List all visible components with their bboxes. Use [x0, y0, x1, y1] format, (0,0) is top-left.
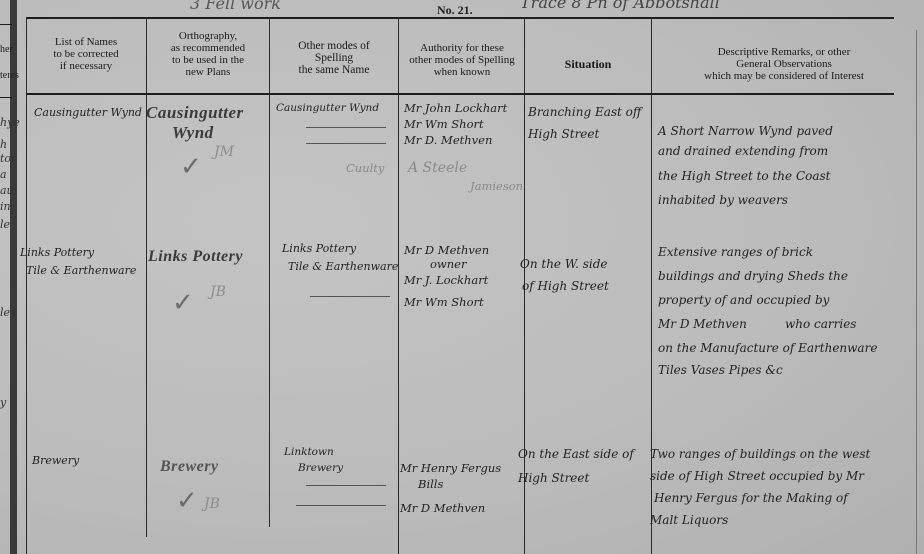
remarks-line-3: Henry Fergus for the Making of	[654, 490, 848, 507]
situation-line-1: On the W. side	[520, 256, 608, 273]
column-rule	[916, 30, 917, 554]
margin-fragment: h	[0, 138, 7, 151]
remarks-line-1: Extensive ranges of brick	[658, 244, 813, 261]
orthography-line-2: Wynd	[172, 124, 214, 141]
margin-fragment: au	[0, 184, 14, 197]
other-mode-line: Causingutter Wynd	[276, 100, 379, 117]
check-initials: JB	[204, 496, 220, 512]
faint-annotation: Cuulty	[346, 160, 384, 177]
remarks-line-2: side of High Street occupied by Mr	[650, 468, 864, 485]
ditto-dash	[306, 127, 386, 128]
remarks-line-6: Tiles Vases Pipes &c	[658, 362, 783, 379]
other-mode-line-1: Linktown	[284, 444, 334, 461]
left-margin-header-fragment-2: teres	[0, 70, 19, 81]
page-number: No. 21.	[437, 3, 473, 18]
name-cell: Brewery	[32, 452, 79, 469]
situation-line-2: High Street	[528, 126, 599, 143]
remarks-line-4: Mr D Methven who carries	[658, 316, 856, 333]
left-margin-rule-2	[0, 97, 12, 98]
remarks-line-4: inhabited by weavers	[658, 192, 788, 209]
check-initials: JB	[210, 284, 226, 300]
remarks-line-3: property of and occupied by	[658, 292, 829, 309]
authority-line-2: owner	[430, 256, 466, 273]
other-mode-line-2: Brewery	[298, 460, 343, 477]
name-line-1: Links Pottery	[20, 244, 94, 261]
authority-line-4: Mr Wm Short	[404, 294, 484, 311]
col-header-situation: Situation	[527, 58, 649, 70]
margin-fragment: le	[0, 218, 10, 231]
faint-annotation: A Steele	[408, 160, 467, 177]
col-header-names: List of Names to be corrected if necessa…	[30, 36, 142, 72]
remarks-line-2: and drained extending from	[658, 143, 828, 160]
remarks-line-4: Malt Liquors	[650, 512, 728, 529]
header-top-rule	[26, 17, 894, 19]
checkmark-icon: ✓	[172, 288, 194, 318]
margin-fragment: a	[0, 168, 7, 181]
authority-line-3: Mr D Methven	[400, 500, 485, 517]
orthography-line-1: Brewery	[160, 458, 219, 475]
orthography-line-1: Links Pottery	[148, 248, 243, 265]
other-mode-line-1: Links Pottery	[282, 240, 356, 257]
orthography-line-1: Causingutter	[146, 104, 244, 121]
col-header-authority: Authority for these other modes of Spell…	[400, 42, 524, 78]
name-cell: Causingutter Wynd	[34, 104, 142, 121]
remarks-line-1: A Short Narrow Wynd paved	[658, 120, 833, 143]
top-left-script: 3 Fell work	[190, 0, 281, 13]
authority-line-1: Mr John Lockhart	[404, 100, 507, 117]
ditto-dash	[306, 485, 386, 486]
checkmark-icon: ✓	[180, 152, 202, 182]
situation-line-2: of High Street	[522, 278, 609, 295]
top-right-script: Trace 8 Pn of Abbotshall	[520, 0, 720, 12]
remarks-line-3: the High Street to the Coast	[658, 168, 830, 185]
ditto-dash	[306, 143, 386, 144]
column-rule	[26, 17, 27, 554]
name-line-2: Tile & Earthenware	[26, 262, 136, 279]
authority-line-2: Mr Wm Short	[404, 116, 484, 133]
remarks-line-2: buildings and drying Sheds the	[658, 268, 848, 285]
faint-annotation: Jamieson	[470, 178, 523, 195]
authority-line-3: Mr D. Methven	[404, 132, 492, 149]
left-margin-header-fragment-1: her	[0, 44, 13, 55]
situation-line-1: Branching East off	[528, 104, 641, 121]
col-header-remarks: Descriptive Remarks, or other General Ob…	[655, 46, 913, 82]
authority-line-3: Mr J. Lockhart	[404, 272, 488, 289]
margin-fragment: in	[0, 200, 11, 213]
col-header-other-modes: Other modes of Spelling the same Name	[272, 40, 396, 76]
situation-line-1: On the East side of	[518, 446, 634, 463]
check-initials: JM	[214, 144, 234, 160]
ditto-dash	[296, 505, 386, 506]
column-rule	[146, 17, 147, 537]
ditto-dash	[310, 296, 390, 297]
document-page: 3 Fell work No. 21. Trace 8 Pn of Abbots…	[0, 0, 924, 554]
checkmark-icon: ✓	[176, 486, 198, 516]
margin-fragment: y	[0, 396, 6, 409]
remarks-line-5: on the Manufacture of Earthenware	[658, 340, 877, 357]
authority-line-1: Mr Henry Fergus	[400, 460, 501, 477]
other-mode-line-2: Tile & Earthenware	[288, 258, 398, 275]
margin-fragment: les	[0, 306, 16, 319]
left-margin-rule	[0, 24, 12, 25]
column-rule	[398, 17, 399, 554]
column-rule	[269, 17, 270, 527]
authority-line-2: Bills	[418, 476, 443, 493]
header-bottom-rule	[26, 93, 894, 95]
remarks-line-1: Two ranges of buildings on the west	[650, 446, 870, 463]
col-header-orthography: Orthography, as recommended to be used i…	[150, 30, 266, 78]
page-binding	[10, 0, 17, 554]
margin-fragment: hye	[0, 116, 20, 129]
situation-line-2: High Street	[518, 470, 589, 487]
margin-fragment: tor	[0, 152, 16, 165]
